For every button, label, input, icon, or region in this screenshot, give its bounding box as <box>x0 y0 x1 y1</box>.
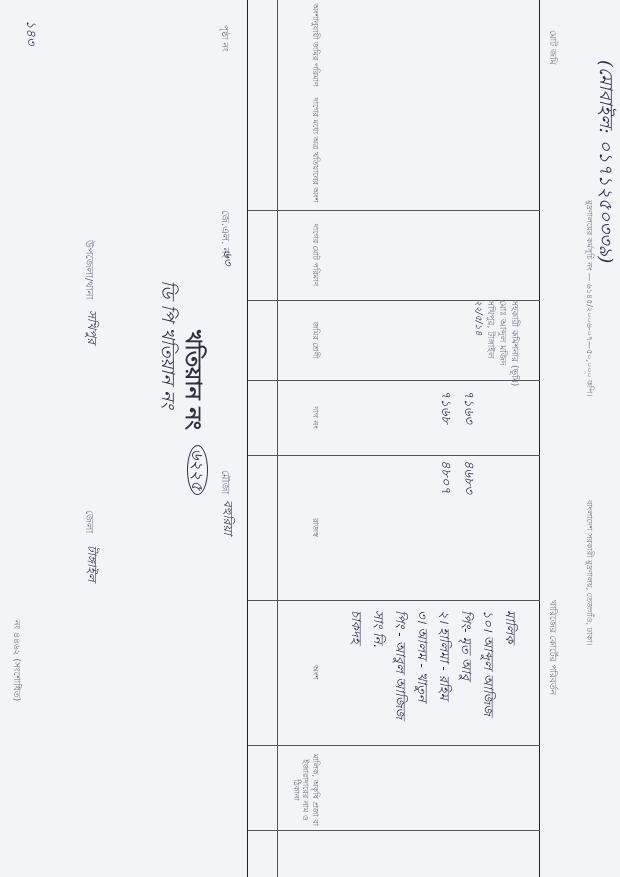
upazila-label: উপজেলা/থানা <box>79 240 96 300</box>
table-row: ৪৬৮৩ <box>461 460 476 494</box>
owner-list: মালিক ১০। আব্দুল আজিজ পিং- মৃত আবু ২। হা… <box>344 610 520 830</box>
col-divider <box>248 455 540 456</box>
table-row: ৭১৬৮ <box>438 390 453 424</box>
page-number-label: পৃষ্ঠা নং <box>217 25 232 52</box>
mouza-value: বহুরিয়া <box>216 500 236 535</box>
press-line: বাংলাদেশ সরকারী মুদ্রণালয়, তেজগাঁও, ঢাক… <box>582 500 595 645</box>
district-label: জেলা <box>79 510 96 533</box>
total-land-label: মোট জমি <box>545 30 560 65</box>
col-header-share-in-dag: দাগের মধ্যে অত্র খতিয়ানের অংশ <box>310 90 320 210</box>
col-header-share: অংশ <box>310 600 320 745</box>
col-header-dag: দাগ নং <box>310 380 320 455</box>
form-number: নং ৪৪৬২ (সংশোধিত) <box>9 620 24 701</box>
owner-line: চাকদহ <box>344 610 366 830</box>
owner-line: মালিক <box>498 610 520 830</box>
change-note: খারিজের কোর্টের পরিবর্তন <box>545 600 560 695</box>
dag-column: ৭১৬৩ ৭১৬৮ <box>434 390 480 460</box>
scanned-page: নং ৪৪৬২ (সংশোধিত) ১৪৩ খতিয়ান নং ৬২২৫ ডি… <box>0 0 620 877</box>
owner-line: ৩। আলম - খাতুন <box>410 610 432 830</box>
owner-line: পিং - আবুল আজিজ <box>388 610 410 830</box>
seal-date: ২২/৫/১৪ <box>472 300 484 386</box>
col-header-land-class: জমির শ্রেণী <box>310 300 320 380</box>
khatian-number: ৬২২৫ <box>183 445 210 495</box>
rotated-khatian-form: নং ৪৪৬২ (সংশোধিত) ১৪৩ খতিয়ান নং ৬২২৫ ডি… <box>0 0 620 877</box>
official-seal: সহকারী কমিশনার (ভূমি) মোঃ আব্দুল মজিদ সখ… <box>472 300 520 386</box>
col-header-dag-total: দাগের মোট পরিমাণ <box>310 210 320 300</box>
owner-line: ২। হালিমা - রহিম <box>432 610 454 830</box>
table-row: ৭১৬৩ <box>461 390 476 424</box>
seal-office: সখিপুর, টাঙ্গাইল <box>484 300 496 386</box>
jl-value: ৬৩ <box>216 250 236 266</box>
table-row: ৪৮০৭ <box>438 460 453 494</box>
col-header-revenue: রাজস্ব <box>310 455 320 600</box>
dp-serial-number: ১৪৩ <box>19 20 40 45</box>
col-divider <box>248 210 540 211</box>
dp-khatian-label: ডি পি খতিয়ান নং <box>151 280 182 408</box>
col-header-area: অংশানুযায়ী জমির পরিমাণ <box>310 0 320 90</box>
mobile-note: (মোবাইল: ০১৭১২৫০৩৩৯) <box>589 60 620 263</box>
revenue-column: ৪৬৮৩ ৪৮০৭ <box>434 460 480 590</box>
seal-name: মোঃ আব্দুল মজিদ <box>496 300 508 386</box>
col-divider <box>248 600 540 601</box>
owner-line: পিং- মৃত আবু <box>454 610 476 830</box>
col-header-owner: মালিক, অকৃষি প্রজা বা ইজারাদারের নাম ও ঠ… <box>291 750 320 830</box>
seal-title: সহকারী কমিশনার (ভূমি) <box>508 300 520 386</box>
district-value: টাঙ্গাইল <box>80 545 100 582</box>
owner-line: ১০। আব্দুল আজিজ <box>476 610 498 830</box>
owner-line: সাং নি. <box>366 610 388 830</box>
mouza-label: মৌজা <box>215 470 232 494</box>
col-divider <box>248 830 540 831</box>
upazila-value: সখিপুর <box>80 310 100 344</box>
